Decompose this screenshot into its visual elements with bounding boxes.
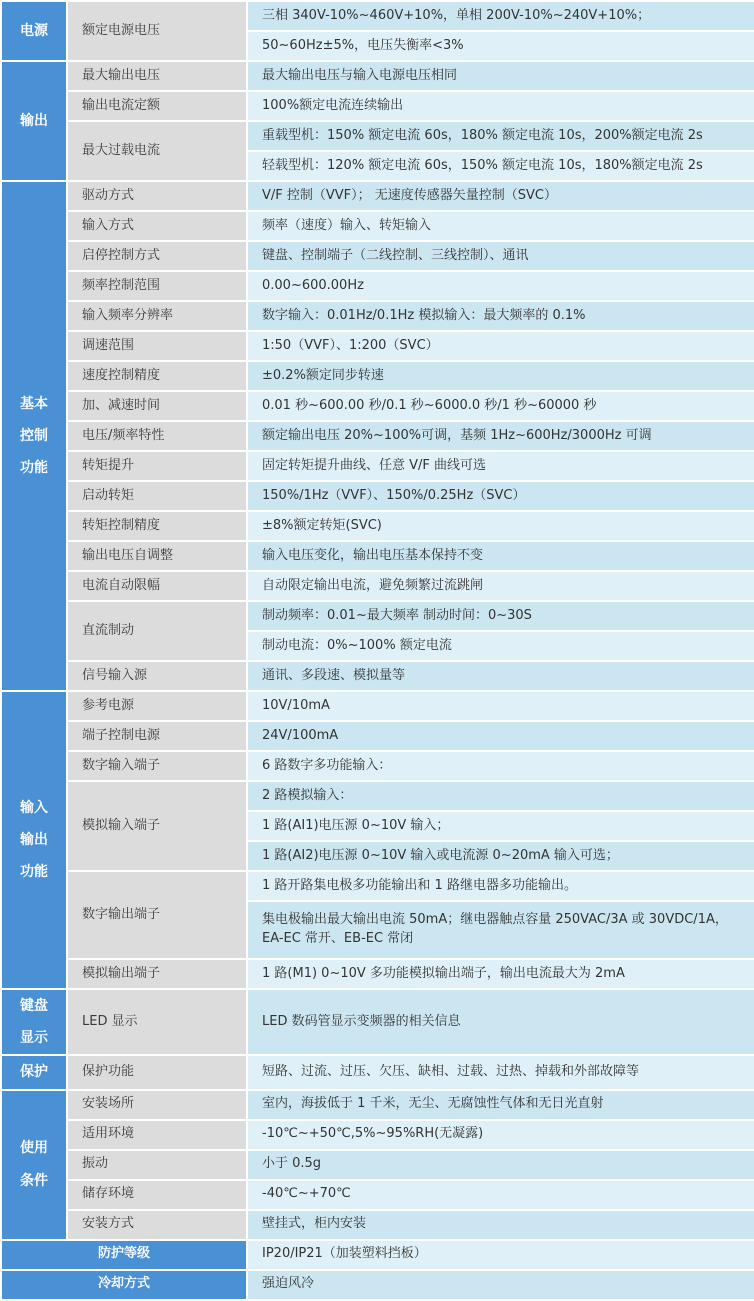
spec-value: 制动频率：0.01~最大频率 制动时间：0~30S	[247, 601, 754, 631]
spec-param-merged: 防护等级	[1, 1240, 247, 1270]
spec-value: LED 数码管显示变频器的相关信息	[247, 989, 754, 1055]
table-row: 冷却方式 强迫风冷	[1, 1270, 754, 1300]
spec-value: 150%/1Hz（VVF）、150%/0.25Hz（SVC）	[247, 481, 754, 511]
spec-value: 100%额定电流连续输出	[247, 91, 754, 121]
table-row: 模拟输出端子 1 路(M1) 0~10V 多功能模拟输出端子，输出电流最大为 2…	[1, 959, 754, 989]
spec-param: 输出电流定额	[67, 91, 247, 121]
spec-param: 转矩控制精度	[67, 511, 247, 541]
spec-value: 通讯、多段速、模拟量等	[247, 661, 754, 691]
spec-value: 小于 0.5g	[247, 1150, 754, 1180]
spec-value: 2 路模拟输入：	[247, 781, 754, 811]
table-row: 输出电压自调整 输入电压变化，输出电压基本保持不变	[1, 541, 754, 571]
spec-value: 24V/100mA	[247, 721, 754, 751]
table-row: 储存环境 -40℃~+70℃	[1, 1180, 754, 1210]
table-row: 数字输出端子 1 路开路集电极多功能输出和 1 路继电器多功能输出。	[1, 871, 754, 901]
table-row: 数字输入端子 6 路数字多功能输入：	[1, 751, 754, 781]
table-row: 振动 小于 0.5g	[1, 1150, 754, 1180]
table-row: 输入 输出 功能 参考电源 10V/10mA	[1, 691, 754, 721]
spec-param: 启动转矩	[67, 481, 247, 511]
spec-value: -40℃~+70℃	[247, 1180, 754, 1210]
table-row: 防护等级 IP20/IP21（加装塑料挡板）	[1, 1240, 754, 1270]
table-row: 最大过载电流 重载型机：150% 额定电流 60s，180% 额定电流 10s，…	[1, 121, 754, 151]
spec-value: 键盘、控制端子（二线控制、三线控制）、通讯	[247, 241, 754, 271]
spec-param: 最大过载电流	[67, 121, 247, 181]
spec-value: 频率（速度）输入、转矩输入	[247, 211, 754, 241]
table-row: 输出 最大输出电压 最大输出电压与输入电源电压相同	[1, 61, 754, 91]
spec-param: 参考电源	[67, 691, 247, 721]
spec-param: 模拟输入端子	[67, 781, 247, 871]
spec-param: 频率控制范围	[67, 271, 247, 301]
table-row: 输入方式 频率（速度）输入、转矩输入	[1, 211, 754, 241]
spec-param: LED 显示	[67, 989, 247, 1055]
table-row: 适用环境 -10℃~+50℃,5%~95%RH(无凝露)	[1, 1120, 754, 1150]
spec-value: ±8%额定转矩(SVC)	[247, 511, 754, 541]
spec-param: 启停控制方式	[67, 241, 247, 271]
spec-value: 短路、过流、过压、欠压、缺相、过载、过热、掉载和外部故障等	[247, 1055, 754, 1089]
spec-value: 三相 340V-10%~460V+10%，单相 200V-10%~240V+10…	[247, 1, 754, 31]
spec-value: 壁挂式，柜内安装	[247, 1210, 754, 1240]
spec-param: 安装场所	[67, 1090, 247, 1120]
spec-value: 1 路(AI1)电压源 0~10V 输入；	[247, 811, 754, 841]
table-row: 启动转矩 150%/1Hz（VVF）、150%/0.25Hz（SVC）	[1, 481, 754, 511]
table-row: 键盘 显示 LED 显示 LED 数码管显示变频器的相关信息	[1, 989, 754, 1055]
spec-value: ±0.2%额定同步转速	[247, 361, 754, 391]
spec-param: 数字输出端子	[67, 871, 247, 959]
spec-param: 适用环境	[67, 1120, 247, 1150]
spec-param: 保护功能	[67, 1055, 247, 1089]
section-label-keypad-display: 键盘 显示	[1, 989, 67, 1055]
table-row: 速度控制精度 ±0.2%额定同步转速	[1, 361, 754, 391]
table-row: 转矩提升 固定转矩提升曲线、任意 V/F 曲线可选	[1, 451, 754, 481]
table-row: 电源 额定电源电压 三相 340V-10%~460V+10%，单相 200V-1…	[1, 1, 754, 31]
spec-value: 重载型机：150% 额定电流 60s，180% 额定电流 10s，200%额定电…	[247, 121, 754, 151]
spec-param: 额定电源电压	[67, 1, 247, 61]
table-row: 端子控制电源 24V/100mA	[1, 721, 754, 751]
spec-param: 驱动方式	[67, 181, 247, 211]
spec-param: 输入频率分辨率	[67, 301, 247, 331]
spec-value: 集电极输出最大输出电流 50mA；继电器触点容量 250VAC/3A 或 30V…	[247, 901, 754, 959]
spec-value: 0.01 秒~600.00 秒/0.1 秒~6000.0 秒/1 秒~60000…	[247, 391, 754, 421]
section-label-conditions: 使用 条件	[1, 1090, 67, 1240]
spec-param-merged: 冷却方式	[1, 1270, 247, 1300]
spec-value: 最大输出电压与输入电源电压相同	[247, 61, 754, 91]
spec-value: -10℃~+50℃,5%~95%RH(无凝露)	[247, 1120, 754, 1150]
spec-value: 6 路数字多功能输入：	[247, 751, 754, 781]
spec-param: 振动	[67, 1150, 247, 1180]
spec-param: 电压/频率特性	[67, 421, 247, 451]
spec-value: 10V/10mA	[247, 691, 754, 721]
section-label-output: 输出	[1, 61, 67, 181]
spec-param: 最大输出电压	[67, 61, 247, 91]
spec-param: 信号输入源	[67, 661, 247, 691]
spec-value: V/F 控制（VVF）； 无速度传感器矢量控制（SVC）	[247, 181, 754, 211]
table-row: 安装方式 壁挂式，柜内安装	[1, 1210, 754, 1240]
table-row: 加、减速时间 0.01 秒~600.00 秒/0.1 秒~6000.0 秒/1 …	[1, 391, 754, 421]
spec-param: 安装方式	[67, 1210, 247, 1240]
spec-param: 数字输入端子	[67, 751, 247, 781]
table-row: 电压/频率特性 额定输出电压 20%~100%可调，基频 1Hz~600Hz/3…	[1, 421, 754, 451]
table-row: 调速范围 1:50（VVF）、1:200（SVC）	[1, 331, 754, 361]
section-label-io: 输入 输出 功能	[1, 691, 67, 989]
table-row: 启停控制方式 键盘、控制端子（二线控制、三线控制）、通讯	[1, 241, 754, 271]
spec-value: 自动限定输出电流，避免频繁过流跳闸	[247, 571, 754, 601]
spec-param: 储存环境	[67, 1180, 247, 1210]
table-row: 输出电流定额 100%额定电流连续输出	[1, 91, 754, 121]
table-row: 基本 控制 功能 驱动方式 V/F 控制（VVF）； 无速度传感器矢量控制（SV…	[1, 181, 754, 211]
spec-table: 电源 额定电源电压 三相 340V-10%~460V+10%，单相 200V-1…	[0, 0, 754, 1301]
spec-value: 室内，海拔低于 1 千米，无尘、无腐蚀性气体和无日光直射	[247, 1090, 754, 1120]
spec-value: 强迫风冷	[247, 1270, 754, 1300]
spec-value: 数字输入：0.01Hz/0.1Hz 模拟输入：最大频率的 0.1%	[247, 301, 754, 331]
spec-param: 输出电压自调整	[67, 541, 247, 571]
spec-value: 轻载型机：120% 额定电流 60s，150% 额定电流 10s，180%额定电…	[247, 151, 754, 181]
spec-param: 输入方式	[67, 211, 247, 241]
spec-value: 固定转矩提升曲线、任意 V/F 曲线可选	[247, 451, 754, 481]
table-row: 输入频率分辨率 数字输入：0.01Hz/0.1Hz 模拟输入：最大频率的 0.1…	[1, 301, 754, 331]
spec-value: 0.00~600.00Hz	[247, 271, 754, 301]
table-row: 模拟输入端子 2 路模拟输入：	[1, 781, 754, 811]
section-label-protection: 保护	[1, 1055, 67, 1089]
table-row: 频率控制范围 0.00~600.00Hz	[1, 271, 754, 301]
spec-param: 直流制动	[67, 601, 247, 661]
spec-value: 1 路(AI2)电压源 0~10V 输入或电流源 0~20mA 输入可选；	[247, 841, 754, 871]
spec-param: 端子控制电源	[67, 721, 247, 751]
spec-value: 50~60Hz±5%，电压失衡率<3%	[247, 31, 754, 61]
table-row: 直流制动 制动频率：0.01~最大频率 制动时间：0~30S	[1, 601, 754, 631]
spec-value: IP20/IP21（加装塑料挡板）	[247, 1240, 754, 1270]
spec-value: 1 路(M1) 0~10V 多功能模拟输出端子，输出电流最大为 2mA	[247, 959, 754, 989]
spec-param: 电流自动限幅	[67, 571, 247, 601]
spec-param: 模拟输出端子	[67, 959, 247, 989]
table-row: 保护 保护功能 短路、过流、过压、欠压、缺相、过载、过热、掉载和外部故障等	[1, 1055, 754, 1089]
spec-value: 制动电流：0%~100% 额定电流	[247, 631, 754, 661]
section-label-basic-control: 基本 控制 功能	[1, 181, 67, 691]
spec-value: 额定输出电压 20%~100%可调，基频 1Hz~600Hz/3000Hz 可调	[247, 421, 754, 451]
spec-param: 调速范围	[67, 331, 247, 361]
spec-value: 1 路开路集电极多功能输出和 1 路继电器多功能输出。	[247, 871, 754, 901]
table-row: 电流自动限幅 自动限定输出电流，避免频繁过流跳闸	[1, 571, 754, 601]
spec-param: 加、减速时间	[67, 391, 247, 421]
spec-value: 1:50（VVF）、1:200（SVC）	[247, 331, 754, 361]
spec-param: 转矩提升	[67, 451, 247, 481]
section-label-power: 电源	[1, 1, 67, 61]
table-row: 转矩控制精度 ±8%额定转矩(SVC)	[1, 511, 754, 541]
spec-value: 输入电压变化，输出电压基本保持不变	[247, 541, 754, 571]
spec-param: 速度控制精度	[67, 361, 247, 391]
table-row: 信号输入源 通讯、多段速、模拟量等	[1, 661, 754, 691]
table-row: 使用 条件 安装场所 室内，海拔低于 1 千米，无尘、无腐蚀性气体和无日光直射	[1, 1090, 754, 1120]
